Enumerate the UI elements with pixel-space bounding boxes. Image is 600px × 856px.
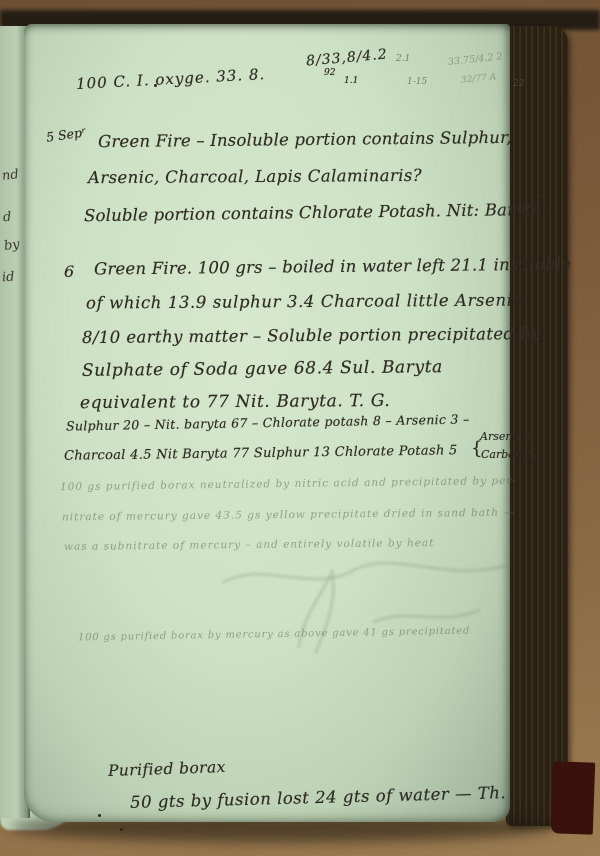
book-page-edges — [506, 26, 568, 826]
calculation-annotation: 1-15 — [407, 77, 427, 87]
margin-date: 5 Sepʳ — [45, 124, 87, 144]
bottom-note-line: 50 gts by fusion lost 24 gts of water — … — [130, 783, 507, 812]
entry2-line: equivalent to 77 Nit. Baryta. T. G. — [80, 391, 391, 413]
book-cover-corner — [551, 761, 595, 834]
entry1-line: Green Fire – Insoluble portion contains … — [98, 128, 512, 151]
calculation-annotation: 33.75/4.2 2 — [448, 51, 503, 68]
composition-summary-line: Sulphur 20 – Nit. baryta 67 – Chlorate p… — [66, 411, 470, 433]
previous-page-text-fragment: nd — [1, 167, 19, 184]
composition-summary-line: Charcoal 4.5 Nit Baryta 77 Sulphur 13 Ch… — [64, 443, 458, 463]
summary-stack-carbon: Carbon 3, — [481, 448, 536, 461]
pencil-note-line: was a subnitrate of mercury – and entire… — [64, 537, 434, 553]
previous-page-text-fragment: by — [3, 237, 21, 254]
manuscript-photo: nd d by id 8/33,8/4.2 92 1.1 2.1 1-15 33… — [0, 0, 600, 856]
entry1-line: Soluble portion contains Chlorate Potash… — [84, 200, 547, 225]
calculation-annotation: 22 — [513, 79, 524, 89]
previous-page-text-fragment: id — [1, 270, 15, 286]
ink-speck — [98, 814, 101, 817]
entry2-line: Sulphate of Soda gave 68.4 Sul. Baryta — [82, 357, 443, 381]
calculation-annotation: 92 — [324, 68, 335, 78]
bottom-note-title: Purified borax — [108, 758, 226, 780]
pencil-note-line: nitrate of mercury gave 43.5 gs yellow p… — [62, 507, 515, 524]
entry2-line: Green Fire. 100 grs – boiled in water le… — [94, 255, 571, 279]
calculation-annotation: 32/77 A — [461, 72, 497, 86]
calculation-annotation: 2.1 — [396, 54, 410, 64]
previous-page-text-fragment: d — [2, 210, 11, 226]
calculation-annotation: 8/33,8/4.2 — [305, 46, 388, 69]
entry1-line: Arsenic, Charcoal, Lapis Calaminaris? — [88, 166, 422, 187]
entry2-line: 8/10 earthy matter – Soluble portion pre… — [82, 324, 541, 347]
entry2-line: of which 13.9 sulphur 3.4 Charcoal littl… — [86, 290, 523, 312]
ink-bleedthrough — [204, 552, 524, 662]
manuscript-page: 8/33,8/4.2 92 1.1 2.1 1-15 33.75/4.2 2 3… — [24, 24, 510, 822]
oxygen-header-line: 100 C. I. oxyge. 33. 8. — [76, 65, 266, 93]
ink-speck — [154, 84, 157, 87]
margin-entry-number: 6 — [64, 262, 74, 281]
calculation-annotation: 1.1 — [344, 76, 358, 86]
summary-stack-arsenic: Arsenic 2 — [480, 430, 533, 443]
ink-speck — [560, 86, 564, 90]
ink-speck — [540, 194, 543, 197]
pencil-note-line: 100 gs purified borax neutralized by nit… — [60, 475, 517, 493]
ink-speck — [120, 828, 123, 831]
